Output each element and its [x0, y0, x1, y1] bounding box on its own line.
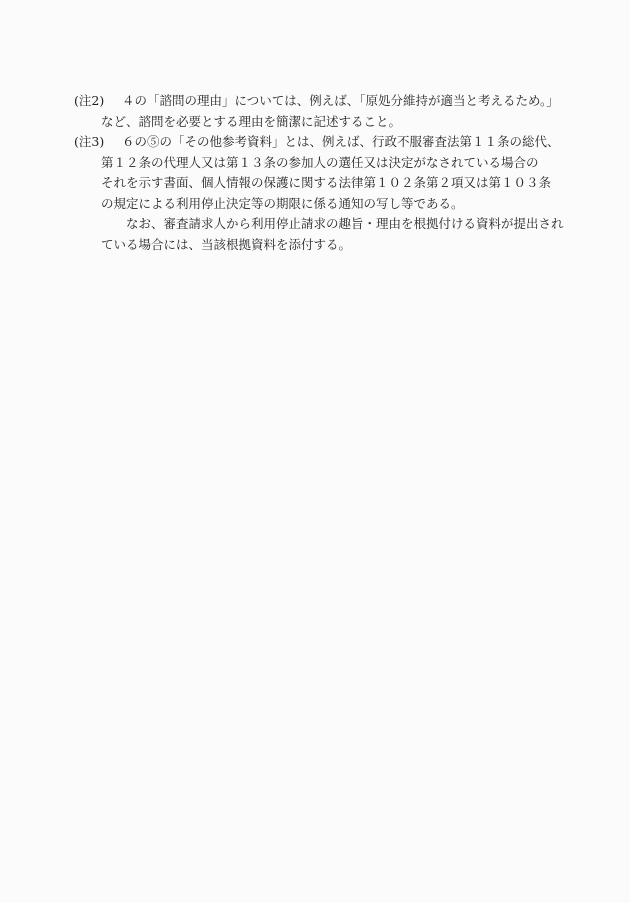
note3-text-1: ６の⑤の「その他参考資料」とは、例えば、行政不服審査法第１１条の総代、 [122, 134, 560, 149]
notes-block: (注2) ４の「諮問の理由」については、例えば、「原処分維持が適当と考えるため。… [0, 91, 630, 255]
document-page: (注2) ４の「諮問の理由」については、例えば、「原処分維持が適当と考えるため。… [0, 0, 630, 903]
note3-line-1: (注3) ６の⑤の「その他参考資料」とは、例えば、行政不服審査法第１１条の総代、 [0, 132, 630, 153]
note3-line-4: の規定による利用停止決定等の期限に係る通知の写し等である。 [0, 194, 630, 215]
note3-line-3: それを示す書面、個人情報の保護に関する法律第１０２条第２項又は第１０３条 [0, 173, 630, 194]
note3-text-6: ている場合には、当該根拠資料を添付する。 [101, 237, 351, 252]
note2-text-2: など、諮問を必要とする理由を簡潔に記述すること。 [101, 114, 401, 129]
note2-text-1: ４の「諮問の理由」については、例えば、「原処分維持が適当と考えるため。」 [122, 93, 559, 108]
note3-text-2: 第１２条の代理人又は第１３条の参加人の選任又は決定がなされている場合の [101, 155, 539, 170]
note3-text-4: の規定による利用停止決定等の期限に係る通知の写し等である。 [101, 196, 464, 211]
note3-line-2: 第１２条の代理人又は第１３条の参加人の選任又は決定がなされている場合の [0, 153, 630, 174]
note3-text-3: それを示す書面、個人情報の保護に関する法律第１０２条第２項又は第１０３条 [101, 175, 551, 190]
note3-label: (注3) [74, 132, 104, 153]
note3-line-6: ている場合には、当該根拠資料を添付する。 [0, 235, 630, 256]
note3-line-5: なお、審査請求人から利用停止請求の趣旨・理由を根拠付ける資料が提出され [0, 214, 630, 235]
note3-text-5: なお、審査請求人から利用停止請求の趣旨・理由を根拠付ける資料が提出され [126, 216, 564, 231]
note2-line-1: (注2) ４の「諮問の理由」については、例えば、「原処分維持が適当と考えるため。… [0, 91, 630, 112]
note2-label: (注2) [74, 91, 104, 112]
note2-line-2: など、諮問を必要とする理由を簡潔に記述すること。 [0, 112, 630, 133]
